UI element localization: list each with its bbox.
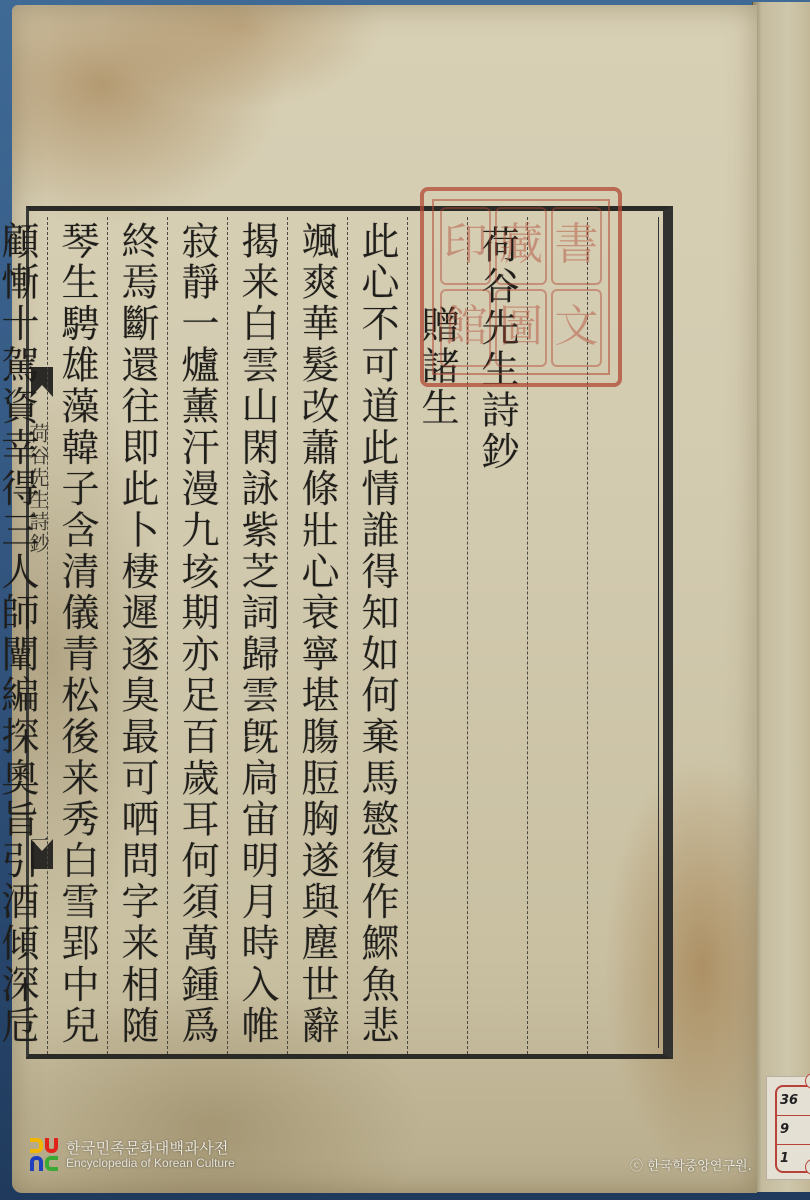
red-ownership-seal: 印 藏 書 館 圖 文 — [420, 187, 622, 387]
text-column: 颯爽華髮改蕭條壯心衰寧堪膓脰胸遂與塵世辭 — [287, 217, 347, 1054]
book-page: 荷谷先生詩鈔 一 荷谷先生詩鈔 贈諸生 此心不可道此情誰得知如何棄馬慜復作鰥魚悲… — [12, 5, 757, 1193]
text-column: 顧慚十駕資幸得三人師闡編探奧旨引酒傾深卮 — [0, 217, 47, 1054]
seal-glyph: 圖 — [495, 289, 546, 367]
copyright-notice: ⓒ 한국학중앙연구원. — [630, 1155, 752, 1174]
watermark-english-title: Encyclopedia of Korean Culture — [66, 1157, 235, 1170]
watermark-korean-title: 한국민족문화대백과사전 — [66, 1140, 235, 1157]
text-column: 揭来白雲山閑詠紫芝詞歸雲旣扃宙明月時入帷 — [227, 217, 287, 1054]
label-row: 9 — [777, 1116, 810, 1145]
text-column: 寂靜一爐薰汗漫九垓期亦足百歲耳何須萬鍾爲 — [167, 217, 227, 1054]
encyclopedia-watermark: 한국민족문화대백과사전 Encyclopedia of Korean Cultu… — [30, 1138, 235, 1172]
label-row: 36 — [777, 1087, 810, 1116]
seal-glyph: 館 — [440, 289, 491, 367]
encyclopedia-logo-icon — [30, 1138, 60, 1172]
library-call-number-label: 36 9 1 3 古 — [766, 1076, 810, 1180]
seal-glyph: 藏 — [495, 207, 546, 285]
seal-glyph: 文 — [551, 289, 602, 367]
text-column: 終焉斷還往即此卜棲遲逐臭最可哂問字来相随 — [107, 217, 167, 1054]
text-column: 琴生騁雄藻韓子含清儀青松後来秀白雪郢中兒 — [47, 217, 107, 1054]
seal-glyph: 書 — [551, 207, 602, 285]
seal-glyph: 印 — [440, 207, 491, 285]
text-column: 此心不可道此情誰得知如何棄馬慜復作鰥魚悲 — [347, 217, 407, 1054]
adjacent-page-edge — [752, 2, 810, 1192]
frame-inner-rule — [658, 217, 659, 1048]
